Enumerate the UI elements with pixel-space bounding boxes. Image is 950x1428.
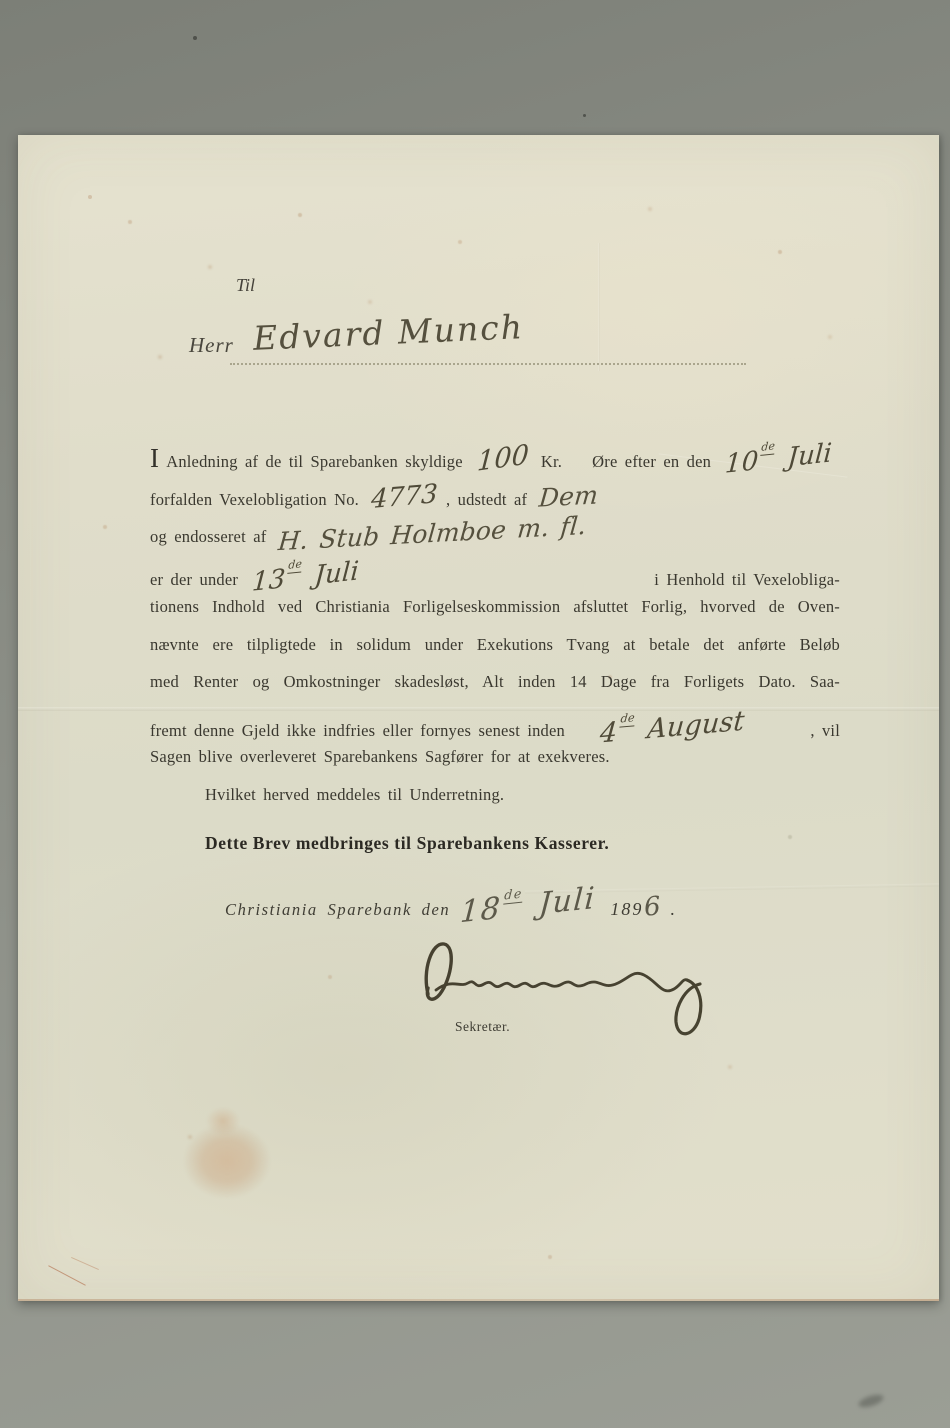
- handwritten-day-month: 18de Juli: [459, 880, 597, 929]
- edge-scratch: [71, 1257, 99, 1270]
- printed-text: , vil: [810, 721, 840, 741]
- printed-text: forfalden Vexelobligation No.: [150, 490, 359, 510]
- handwritten-year-digit: 6: [644, 893, 664, 920]
- handwritten-obligation-number: 4773: [370, 481, 438, 513]
- body-line-9: Sagen blive overleveret Sparebankens Sag…: [150, 747, 840, 767]
- printed-period: .: [671, 899, 678, 920]
- salutation: Til: [236, 275, 255, 296]
- handwritten-issuer: Dem: [538, 482, 599, 510]
- addressee-prefix: Herr: [189, 333, 234, 358]
- printed-text: i Henhold til Vexelobliga-: [654, 570, 840, 590]
- background-speck: [193, 36, 197, 40]
- body-line-6: nævnte ere tilpligtede in solidum under …: [150, 635, 840, 655]
- handwritten-amount: 100: [476, 441, 530, 476]
- printed-text: og endosseret af: [150, 527, 266, 547]
- body-line-5: tionens Indhold ved Christiania Forligel…: [150, 597, 840, 617]
- handwritten-date: 13de Juli: [251, 553, 360, 596]
- body-line-2: forfalden Vexelobligation No. 4773 , uds…: [150, 484, 840, 510]
- printed-text: er der under: [150, 570, 238, 590]
- body-line-10: Hvilket herved meddeles til Underretning…: [205, 785, 895, 805]
- printed-text: Anledning af de til Sparebanken skyldige: [166, 452, 463, 472]
- printed-text: , udstedt af: [446, 490, 527, 510]
- background-speck: [583, 114, 586, 117]
- addressee-name-handwritten: Edvard Munch: [252, 307, 524, 358]
- scan-photo: { "document": { "salutation": "Til", "ad…: [0, 0, 950, 1428]
- dateline: Christiania Sparebank den 18de Juli 189 …: [225, 887, 677, 921]
- signature-title: Sekretær.: [455, 1019, 510, 1035]
- paper-stain: [206, 1107, 240, 1135]
- body-line-4: er der under 13de Juli i Henhold til Vex…: [150, 559, 840, 590]
- body-line-8: fremt denne Gjeld ikke indfries eller fo…: [150, 709, 840, 741]
- body-line-1: I Anledning af de til Sparebanken skyldi…: [150, 441, 840, 472]
- background-smudge: [857, 1392, 885, 1410]
- printed-text: fremt denne Gjeld ikke indfries eller fo…: [150, 721, 565, 741]
- printed-text: Kr.: [541, 452, 562, 472]
- letter-sheet: Til Herr Edvard Munch I Anledning af de …: [18, 135, 939, 1301]
- foxing-spots: [88, 195, 92, 199]
- edge-scratch: [48, 1265, 86, 1286]
- handwritten-date: 10de Juli: [724, 435, 833, 478]
- vertical-crease: [598, 243, 600, 371]
- cashier-notice: Dette Brev medbringes til Sparebankens K…: [205, 833, 609, 854]
- handwritten-deadline-date: 4de August: [599, 702, 746, 747]
- drop-initial: I: [150, 445, 159, 472]
- body-line-7: med Renter og Omkostninger skadesløst, A…: [150, 672, 840, 692]
- printed-place-date: Christiania Sparebank den: [225, 900, 450, 920]
- handwritten-endorsers: H. Stub Holmboe m. fl.: [278, 513, 588, 554]
- addressee-dotted-rule: [230, 363, 746, 365]
- printed-year: 189: [610, 899, 643, 920]
- printed-text: Øre efter en den: [592, 452, 711, 472]
- body-line-3: og endosseret af H. Stub Holmboe m. fl.: [150, 521, 840, 547]
